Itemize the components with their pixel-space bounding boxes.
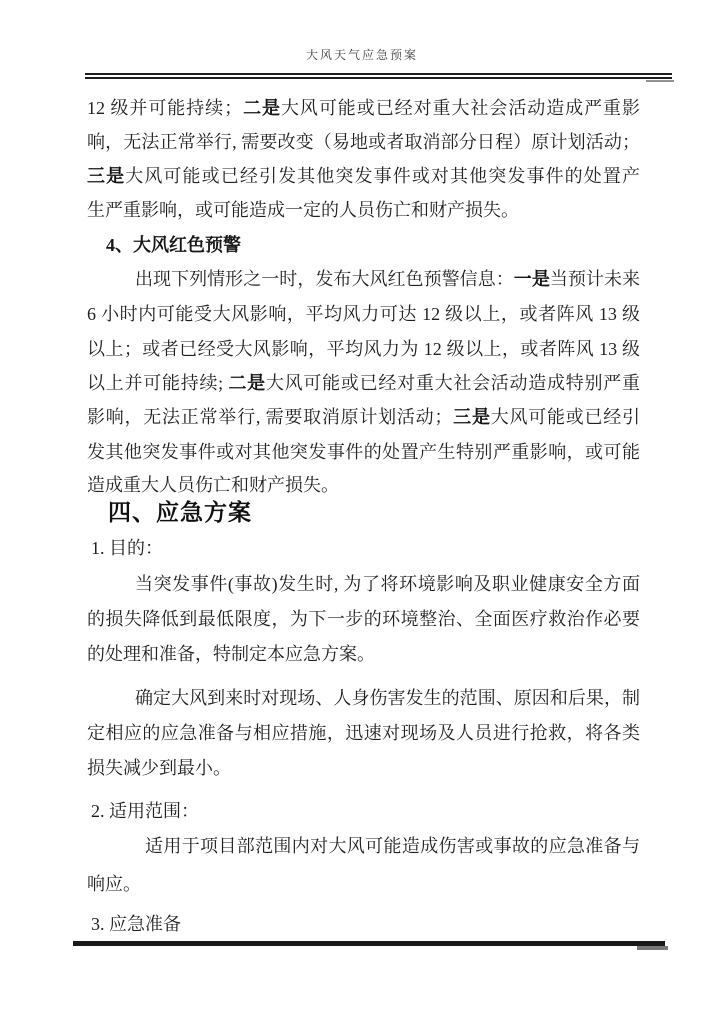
- body-text: 影响，无法正常举行, 需要取消原计划活动；: [87, 407, 452, 427]
- body-text: 6 小时内可能受大风影响，平均风力可达 12 级以上，或者阵风 13 级: [87, 304, 640, 324]
- body-line: 造成重大人员伤亡和财产损失。: [87, 474, 640, 497]
- bold-text: 一是: [514, 269, 550, 289]
- body-text: 大风可能或已经对重大社会活动造成严重影: [281, 98, 640, 118]
- body-text: 出现下列情形之一时，发布大风红色预警信息：: [135, 269, 514, 289]
- body-line: 响应。: [87, 873, 640, 896]
- body-text: 损失减少到最小。: [87, 758, 231, 778]
- footer-rule-tail: [637, 946, 668, 950]
- body-text: 的处理和准备，特制定本应急方案。: [87, 644, 375, 664]
- body-line: 确定大风到来时对现场、人身伤害发生的范围、原因和后果，制: [87, 687, 640, 710]
- body-line: 适用于项目部范围内对大风可能造成伤害或事故的应急准备与: [87, 835, 640, 858]
- body-line: 损失减少到最小。: [87, 757, 640, 780]
- item-scope: 2. 适用范围：: [87, 800, 640, 823]
- body-line: 的损失降低到最低限度，为下一步的环境整治、全面医疗救治作必要: [87, 608, 640, 631]
- bold-text: 二是: [242, 98, 281, 118]
- body-text: 当预计未来: [550, 269, 640, 289]
- body-text: 响，无法正常举行, 需要改变（易地或者取消部分日程）原计划活动；: [87, 132, 640, 152]
- bold-text: 三是: [452, 407, 490, 427]
- body-text: 大风可能或已经对重大社会活动造成特别严重: [266, 373, 640, 393]
- bold-text: 二是: [228, 373, 265, 393]
- document-page: 大风天气应急预案 12 级并可能持续；二是大风可能或已经对重大社会活动造成严重影…: [0, 0, 724, 1024]
- page-header-title: 大风天气应急预案: [306, 48, 418, 62]
- body-line: 发其他突发事件或对其他突发事件的处置产生特别严重影响，或可能: [87, 441, 640, 464]
- body-line: 三是大风可能或已经引发其他突发事件或对其他突发事件的处置产: [87, 165, 640, 188]
- body-text: 当突发事件(事故)发生时, 为了将环境影响及职业健康安全方面: [135, 574, 640, 594]
- body-text: 发其他突发事件或对其他突发事件的处置产生特别严重影响，或可能: [87, 442, 640, 462]
- body-text: 以上并可能持续;: [87, 373, 228, 393]
- body-text: 生严重影响，或可能造成一定的人员伤亡和财产损失。: [87, 200, 519, 220]
- heading-text: 四、应急方案: [108, 499, 252, 525]
- bold-text: 三是: [87, 166, 125, 186]
- body-line: 影响，无法正常举行, 需要取消原计划活动；三是大风可能或已经引: [87, 406, 640, 429]
- heading-text: 4、大风红色预警: [106, 235, 241, 255]
- heading-red-alert: 4、大风红色预警: [87, 234, 640, 257]
- heading-emergency-plan: 四、应急方案: [87, 499, 640, 525]
- body-line: 出现下列情形之一时，发布大风红色预警信息：一是当预计未来: [87, 268, 640, 291]
- body-text: 的损失降低到最低限度，为下一步的环境整治、全面医疗救治作必要: [87, 609, 640, 629]
- item-purpose: 1. 目的：: [87, 537, 640, 560]
- body-text: 12 级并可能持续；: [87, 98, 242, 118]
- body-line: 响，无法正常举行, 需要改变（易地或者取消部分日程）原计划活动；: [87, 131, 640, 154]
- body-line: 以上；或者已经受大风影响，平均风力为 12 级以上，或者阵风 13 级: [87, 338, 640, 361]
- body-text: 3. 应急准备: [91, 914, 181, 934]
- footer-rule: [73, 941, 665, 946]
- body-line: 定相应的应急准备与相应措施，迅速对现场及人员进行抢救，将各类: [87, 722, 640, 745]
- body-line: 以上并可能持续; 二是大风可能或已经对重大社会活动造成特别严重: [87, 372, 640, 395]
- body-line: 的处理和准备，特制定本应急方案。: [87, 643, 640, 666]
- body-text: 2. 适用范围：: [91, 801, 199, 821]
- header-rule: [85, 73, 672, 79]
- body-text: 响应。: [87, 874, 141, 894]
- body-text: 以上；或者已经受大风影响，平均风力为 12 级以上，或者阵风 13 级: [87, 339, 640, 359]
- body-text: 确定大风到来时对现场、人身伤害发生的范围、原因和后果，制: [135, 688, 640, 708]
- body-line: 生严重影响，或可能造成一定的人员伤亡和财产损失。: [87, 199, 640, 222]
- body-text: 适用于项目部范围内对大风可能造成伤害或事故的应急准备与: [145, 836, 640, 856]
- header-rule-tail: [646, 80, 674, 82]
- body-line: 6 小时内可能受大风影响，平均风力可达 12 级以上，或者阵风 13 级: [87, 303, 640, 326]
- body-line: 12 级并可能持续；二是大风可能或已经对重大社会活动造成严重影: [87, 97, 640, 120]
- item-preparation: 3. 应急准备: [87, 913, 640, 936]
- body-text: 大风可能或已经引: [491, 407, 640, 427]
- body-text: 大风可能或已经引发其他突发事件或对其他突发事件的处置产: [125, 166, 640, 186]
- body-line: 当突发事件(事故)发生时, 为了将环境影响及职业健康安全方面: [87, 573, 640, 596]
- body-text: 1. 目的：: [91, 538, 163, 558]
- body-text: 造成重大人员伤亡和财产损失。: [87, 475, 339, 495]
- page-header: 大风天气应急预案: [0, 46, 724, 63]
- body-text: 定相应的应急准备与相应措施，迅速对现场及人员进行抢救，将各类: [87, 723, 640, 743]
